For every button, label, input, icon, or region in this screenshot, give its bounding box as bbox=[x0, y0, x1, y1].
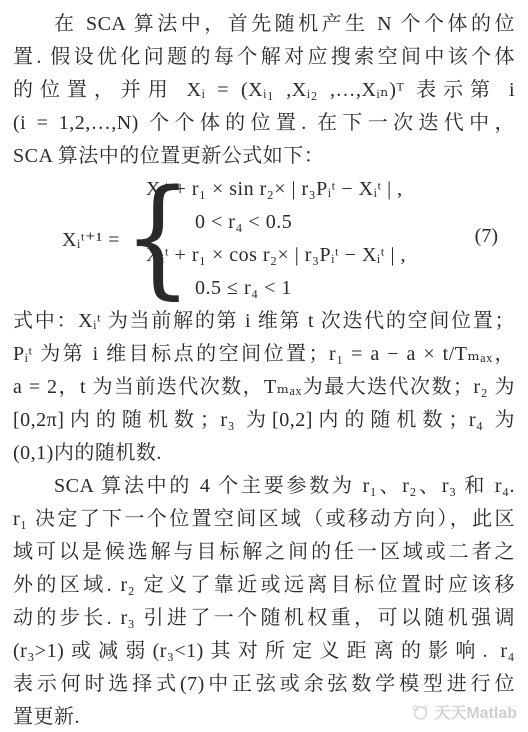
text-line: 外的区域. r₂ 定义了靠近或远离目标位置时应该移 bbox=[13, 569, 515, 602]
text-line: SCA 算法中的 4 个主要参数为 r₁、r₂、r₃ 和 r₄. bbox=[13, 470, 515, 503]
document-page: 在 SCA 算法中，首先随机产生 N 个个体的位 置. 假设优化问题的每个解对应… bbox=[0, 0, 528, 732]
text-line: 式中：Xᵢᵗ 为当前解的第 i 维第 t 次迭代的空间位置； bbox=[13, 305, 515, 338]
equation-condition-sine: 0 < r₄ < 0.5 bbox=[146, 206, 406, 239]
text-line: a = 2，t 为当前迭代次数，Tₘₐₓ为最大迭代次数；r₂ 为 bbox=[13, 371, 515, 404]
tiantian-matlab-logo-icon bbox=[410, 702, 430, 722]
text-line: (r₃>1)或减弱(r₃<1)其对所定义距离的影响. r₄ bbox=[13, 635, 515, 668]
text-line: Pᵢᵗ 为第 i 维目标点的空间位置；r₁ = a − a × t/Tₘₐₓ， bbox=[13, 338, 515, 371]
equation-cases: Xᵢᵗ + r₁ × sin r₂× | r₃Pᵢᵗ − Xᵢᵗ | , 0 <… bbox=[146, 173, 406, 305]
text-line: 表示何时选择式(7)中正弦或余弦数学模型进行位 bbox=[13, 668, 515, 701]
paragraph-explain: 式中：Xᵢᵗ 为当前解的第 i 维第 t 次迭代的空间位置； Pᵢᵗ 为第 i … bbox=[13, 305, 515, 470]
equation-condition-cosine: 0.5 ≤ r₄ < 1 bbox=[146, 272, 406, 305]
text-line: 域可以是候选解与目标解之间的任一区域或二者之 bbox=[13, 536, 515, 569]
text-line: 的位置，并用 Xᵢ = (Xᵢ₁ ,Xᵢ₂ ,…,Xᵢₙ)ᵀ 表示第 i bbox=[13, 74, 515, 107]
text-line: (0,1)内的随机数. bbox=[13, 437, 515, 470]
watermark-label: 天天Matlab bbox=[434, 700, 517, 723]
text-line: 置. 假设优化问题的每个解对应搜索空间中该个体 bbox=[13, 41, 515, 74]
text-line: r₁ 决定了下一个位置空间区域（或移动方向），此区 bbox=[13, 503, 515, 536]
equation-case-cosine: Xᵢᵗ + r₁ × cos r₂× | r₃Pᵢᵗ − Xᵢᵗ | , bbox=[146, 239, 406, 272]
paragraph-params: SCA 算法中的 4 个主要参数为 r₁、r₂、r₃ 和 r₄. r₁ 决定了下… bbox=[13, 470, 515, 732]
text-line: (i = 1,2,…,N) 个个体的位置. 在下一次迭代中， bbox=[13, 107, 515, 140]
equation-7: Xᵢᵗ⁺¹ = { Xᵢᵗ + r₁ × sin r₂× | r₃Pᵢᵗ − X… bbox=[13, 173, 515, 305]
text-line: 在 SCA 算法中，首先随机产生 N 个个体的位 bbox=[13, 8, 515, 41]
text-line: [0,2π]内的随机数；r₃ 为[0,2]内的随机数；r₄ 为 bbox=[13, 404, 515, 437]
text-line: 动的步长. r₃ 引进了一个随机权重，可以随机强调 bbox=[13, 602, 515, 635]
equation-number: (7) bbox=[475, 173, 498, 299]
equation-lhs: Xᵢᵗ⁺¹ = bbox=[62, 173, 120, 305]
watermark: 天天Matlab bbox=[410, 700, 517, 723]
text-line: SCA 算法中的位置更新公式如下： bbox=[13, 140, 515, 173]
equation-case-sine: Xᵢᵗ + r₁ × sin r₂× | r₃Pᵢᵗ − Xᵢᵗ | , bbox=[146, 173, 406, 206]
paragraph-intro: 在 SCA 算法中，首先随机产生 N 个个体的位 置. 假设优化问题的每个解对应… bbox=[13, 8, 515, 173]
